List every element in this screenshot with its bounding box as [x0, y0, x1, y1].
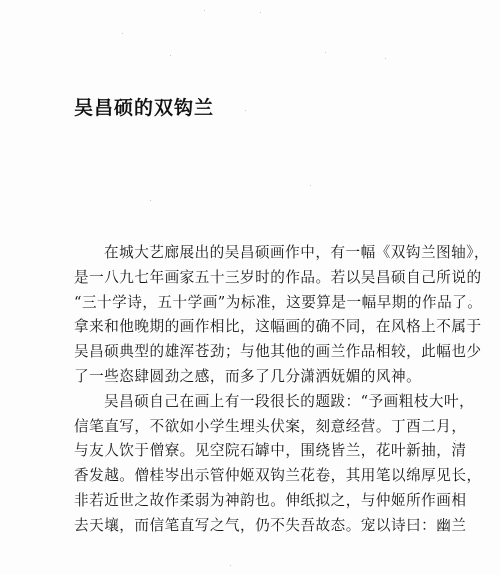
scan-noise — [204, 10, 205, 11]
scan-noise — [150, 200, 151, 201]
paragraph-line: 信笔直写，不欲如小学生埋头伏案，刻意经营。丁酉二月， — [74, 415, 430, 440]
article-title: 吴昌硕的双钩兰 — [74, 93, 214, 120]
paragraph-line: 了一些恣肆圆劲之感，而多了几分潇洒妩媚的风神。 — [74, 365, 430, 390]
scanned-page: 吴昌硕的双钩兰 在城大艺廊展出的吴昌硕画作中，有一幅《双钩兰图轴》， 是一八九七… — [0, 0, 500, 575]
paragraph-line: 非若近世之故作柔弱为神韵也。伸纸拟之，与仲姬所作画相 — [74, 489, 430, 514]
paragraph-line: 去天壤，而信笔直写之气，仍不失吾故态。宠以诗曰：幽兰 — [74, 514, 430, 539]
paragraph-line: “三十学诗，五十学画”为标准，这要算是一幅早期的作品了。 — [74, 291, 430, 316]
scan-noise — [455, 440, 456, 441]
paragraph-line: 吴昌硕典型的雄浑苍劲；与他其他的画兰作品相较，此幅也少 — [74, 340, 430, 365]
paragraph-line: 是一八九七年画家五十三岁时的作品。若以吴昌硕自己所说的 — [74, 266, 430, 291]
scan-noise — [260, 12, 261, 13]
scan-noise — [325, 52, 326, 53]
scan-noise — [122, 33, 123, 34]
paragraph-line: 在城大艺廊展出的吴昌硕画作中，有一幅《双钩兰图轴》， — [74, 241, 430, 266]
paragraph-line: 吴昌硕自己在画上有一段很长的题跋：“予画粗枝大叶， — [74, 390, 430, 415]
article-body: 在城大艺廊展出的吴昌硕画作中，有一幅《双钩兰图轴》， 是一八九七年画家五十三岁时… — [74, 241, 430, 539]
paragraph-line: 香发越。僧桂岑出示管仲姬双钩兰花卷，其用笔以绵厚见长， — [74, 464, 430, 489]
scan-noise — [230, 565, 231, 566]
scan-noise — [170, 55, 171, 56]
paragraph-line: 拿来和他晚期的画作相比，这幅画的确不同，在风格上不属于 — [74, 315, 430, 340]
scan-noise — [385, 58, 386, 59]
paragraph-line: 与友人饮于僧寮。见空院石罅中，围绕皆兰，花叶新抽，清 — [74, 439, 430, 464]
scan-noise — [245, 110, 246, 111]
scan-noise — [310, 185, 311, 186]
